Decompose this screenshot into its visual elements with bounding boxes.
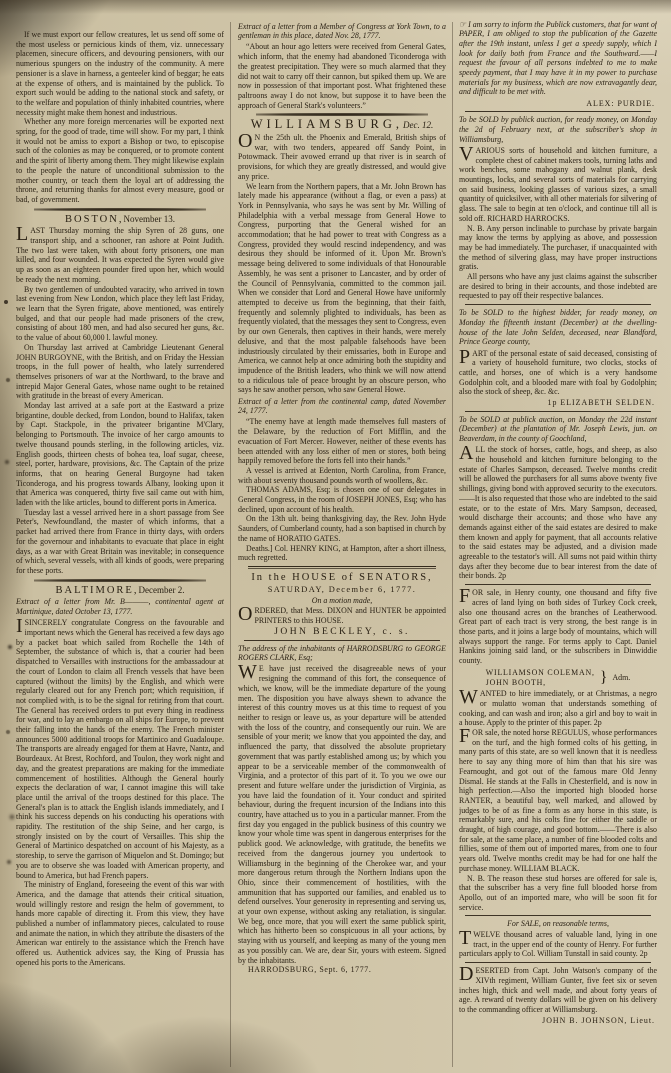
article-paragraph: VARIOUS sorts of household and kitchen f… [459, 146, 657, 224]
signature-role: Adm. [612, 673, 630, 683]
centered-line: On a motion made, [238, 596, 446, 606]
article-paragraph: N. B. Any person inclinable to purchase … [459, 224, 657, 273]
article-paragraph: Monday last arrived at a safe port at th… [16, 401, 224, 508]
section-headline: WILLIAMSBURG,Dec. 12. [238, 120, 446, 131]
article-paragraph: All persons who have any just claims aga… [459, 272, 657, 301]
article-paragraph: I SINCERELY congratulate Congress on the… [16, 618, 224, 880]
signature-line: JOHN B. JOHNSON, Lieut. [461, 1016, 655, 1026]
extract-heading: ☞ I am sorry to inform the Publick custo… [459, 20, 657, 98]
article-paragraph: By two gentlemen of undoubted varacity, … [16, 285, 224, 343]
ink-smudges [4, 300, 8, 304]
column-divider [452, 22, 453, 1067]
newspaper-page: If we must export our fellow creatures, … [0, 0, 671, 1073]
dateline: HARRODSBURG, Sept. 6, 1777. [238, 965, 446, 975]
divider-rule [465, 915, 651, 916]
divider-rule [34, 208, 206, 211]
headline-date: November 13. [123, 214, 175, 224]
article-paragraph: On Thursday last arrived at Cambridge Li… [16, 343, 224, 401]
signature-line: ALEX: PURDIE. [461, 99, 655, 109]
article-paragraph: WE have just received the disagreeable n… [238, 664, 446, 965]
article-paragraph: N. B. The reason these stud horses are o… [459, 874, 657, 913]
divider-rule [248, 566, 436, 569]
article-paragraph: Whether any more foreign mercenaries wil… [16, 117, 224, 204]
headline-date: Dec. 12. [403, 120, 433, 130]
extract-heading: Extract of a letter from a Member of Con… [238, 22, 446, 41]
article-paragraph: DESERTED from Capt. John Watson's compan… [459, 966, 657, 1015]
centered-line: For SALE, on reasonable terms, [459, 919, 657, 929]
scan-edge-shadow [0, 0, 671, 14]
article-paragraph: “The enemy have at length made themselve… [238, 417, 446, 466]
divider-rule [465, 411, 651, 412]
signature-line: 1p ELIZABETH SELDEN. [461, 398, 655, 408]
centered-line: JOHN BECKLEY, c. s. [238, 627, 446, 637]
signatory-name: WILLIAMSON COLEMAN, [486, 668, 595, 678]
headline-city: WILLIAMSBURG, [251, 117, 403, 131]
extract-heading: Extract of a letter from the continental… [238, 397, 446, 416]
article-paragraph: ALL the stock of horses, cattle, hogs, a… [459, 445, 657, 581]
divider-rule [465, 304, 651, 305]
extract-heading: To be SOLD to the highest bidder, for re… [459, 308, 657, 347]
article-paragraph: We learn from the Northern papers, that … [238, 182, 446, 395]
section-headline: In the HOUSE of SENATORS, [238, 573, 446, 583]
section-headline: BOSTON,November 13. [16, 215, 224, 225]
article-paragraph: If we must export our fellow creatures, … [16, 30, 224, 117]
headline-city: In the HOUSE of SENATORS, [251, 572, 432, 583]
article-paragraph: Tuesday last a vessel arrived here in a … [16, 508, 224, 576]
column-middle: Extract of a letter from a Member of Con… [238, 20, 446, 1069]
extract-heading: The address of the inhabitants of HARROD… [238, 644, 446, 663]
section-headline: BALTIMORE,December 2. [16, 586, 224, 596]
article-paragraph: WANTED to hire immediately, or at Christ… [459, 689, 657, 728]
article-paragraph: ORDERED, that Mess. DIXON and HUNTER be … [238, 606, 446, 625]
signature-pair: WILLIAMSON COLEMAN,JOHN BOOTH,}Adm. [459, 668, 657, 687]
divider-rule [256, 113, 428, 116]
signatory-name: JOHN BOOTH, [486, 678, 595, 688]
article-paragraph: FOR sale, the noted horse REGULUS, whose… [459, 728, 657, 874]
divider-rule [465, 584, 651, 585]
headline-city: BOSTON, [65, 214, 123, 225]
brace-glyph: } [600, 673, 608, 683]
column-left: If we must export our fellow creatures, … [16, 30, 224, 1069]
article-paragraph: LAST Thursday morning the ship Syren of … [16, 226, 224, 284]
article-paragraph: TWELVE thousand acres of valuable land, … [459, 930, 657, 959]
headline-city: BALTIMORE, [56, 585, 139, 596]
extract-heading: To be SOLD by publick auction, for ready… [459, 115, 657, 144]
article-paragraph: The ministry of England, foreseeing the … [16, 880, 224, 967]
article-paragraph: FOR sale, in Henry county, one thousand … [459, 588, 657, 666]
article-paragraph: THOMAS ADAMS, Esq; is chosen one of our … [238, 485, 446, 514]
article-paragraph: “About an hour ago letters were received… [238, 42, 446, 110]
divider-rule [244, 640, 440, 641]
divider-rule [465, 962, 651, 963]
extract-heading: To be SOLD at publick auction, on Monday… [459, 415, 657, 444]
article-paragraph: ON the 25th ult. the Phoenix and Emerald… [238, 133, 446, 182]
article-paragraph: On the 13th ult. being thanksgiving day,… [238, 514, 446, 543]
divider-rule [465, 111, 651, 112]
article-paragraph: A vessel is arrived at Edenton, North Ca… [238, 466, 446, 485]
headline-date: December 2. [138, 585, 184, 595]
section-subheadline: SATURDAY, December 6, 1777. [238, 585, 446, 595]
extract-heading: Extract of a letter from Mr. B––––––, co… [16, 597, 224, 616]
article-paragraph: Deaths.] Col. HENRY KING, at Hampton, af… [238, 544, 446, 563]
divider-rule [34, 579, 206, 582]
column-divider [230, 22, 231, 1067]
column-right: ☞ I am sorry to inform the Publick custo… [459, 18, 657, 1069]
article-paragraph: PART of the personal estate of said dece… [459, 349, 657, 398]
